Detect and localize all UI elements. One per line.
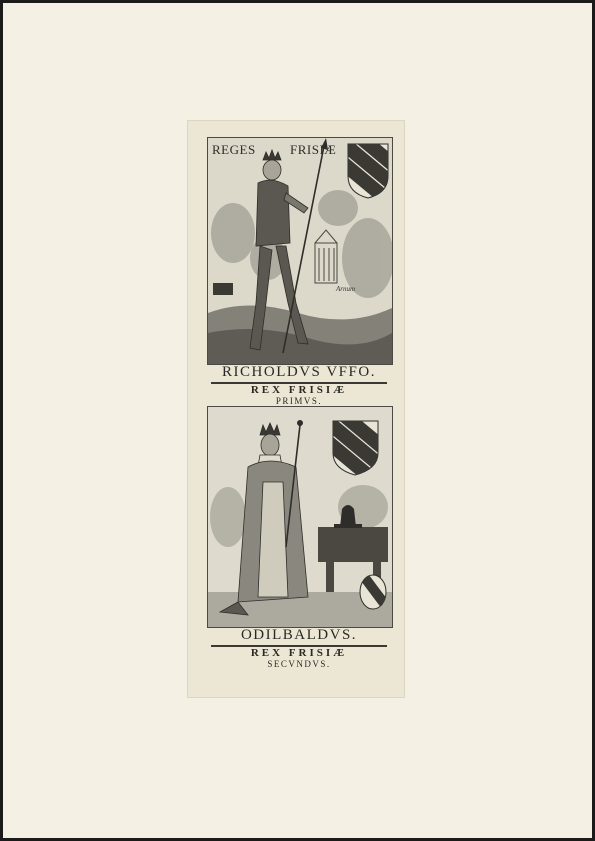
king-odilbaldus-illustration: [208, 407, 392, 627]
king-name: RICHOLDVS VFFO.: [207, 364, 391, 381]
engraving-panel-1: REGES FRISIÆ Arnum: [207, 137, 393, 365]
king-title: REX FRISIÆ: [207, 647, 391, 659]
header-reges: REGES: [212, 142, 256, 158]
header-frisiae: FRISIÆ: [290, 142, 336, 158]
king-name: ODILBALDVS.: [207, 627, 391, 644]
king-ordinal: PRIMVS.: [207, 396, 391, 406]
engraving-panel-2: [207, 406, 393, 628]
king-title: REX FRISIÆ: [207, 384, 391, 396]
place-label: Arnum: [336, 285, 355, 293]
king-ordinal: SECVNDVS.: [207, 659, 391, 669]
caption-2: ODILBALDVS. REX FRISIÆ SECVNDVS.: [207, 627, 391, 669]
caption-1: RICHOLDVS VFFO. REX FRISIÆ PRIMVS.: [207, 364, 391, 406]
king-richoldus-illustration: [208, 138, 392, 364]
print-sheet: REGES FRISIÆ Arnum RICHOLDVS VFFO. REX F…: [187, 120, 405, 698]
